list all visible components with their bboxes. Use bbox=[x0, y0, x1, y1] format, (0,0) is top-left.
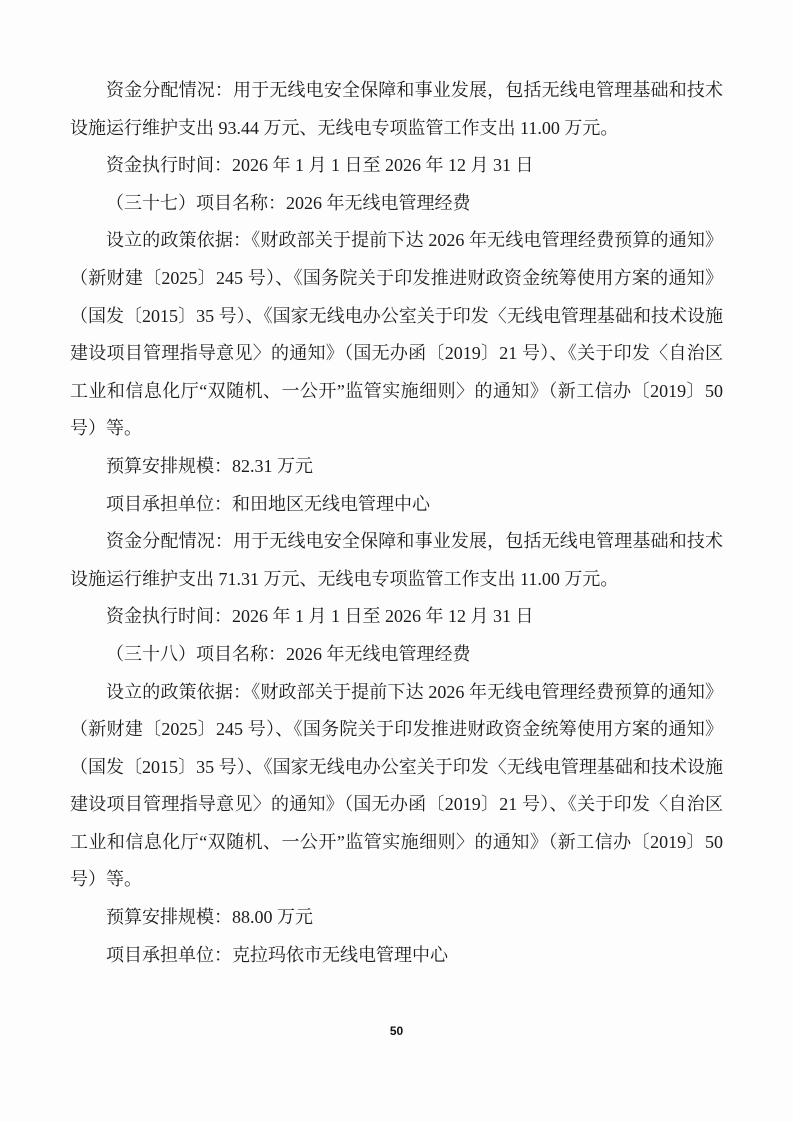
paragraph-budget-scale-37: 预算安排规模：82.31 万元 bbox=[70, 448, 723, 486]
paragraph-policy-basis-37: 设立的政策依据：《财政部关于提前下达 2026 年无线电管理经费预算的通知》（新… bbox=[70, 222, 723, 448]
document-body: 资金分配情况：用于无线电安全保障和事业发展，包括无线电管理基础和技术设施运行维护… bbox=[70, 72, 723, 974]
paragraph-budget-scale-38: 预算安排规模：88.00 万元 bbox=[70, 899, 723, 937]
paragraph-fund-period-36: 资金执行时间：2026 年 1 月 1 日至 2026 年 12 月 31 日 bbox=[70, 147, 723, 185]
paragraph-project-name-38: （三十八）项目名称：2026 年无线电管理经费 bbox=[70, 636, 723, 674]
paragraph-policy-basis-38: 设立的政策依据：《财政部关于提前下达 2026 年无线电管理经费预算的通知》（新… bbox=[70, 674, 723, 900]
document-page: 资金分配情况：用于无线电安全保障和事业发展，包括无线电管理基础和技术设施运行维护… bbox=[0, 0, 793, 1122]
paragraph-fund-period-37: 资金执行时间：2026 年 1 月 1 日至 2026 年 12 月 31 日 bbox=[70, 598, 723, 636]
paragraph-fund-allocation-36: 资金分配情况：用于无线电安全保障和事业发展，包括无线电管理基础和技术设施运行维护… bbox=[70, 72, 723, 147]
paragraph-undertaking-unit-37: 项目承担单位：和田地区无线电管理中心 bbox=[70, 486, 723, 524]
page-number: 50 bbox=[0, 1024, 793, 1038]
paragraph-project-name-37: （三十七）项目名称：2026 年无线电管理经费 bbox=[70, 185, 723, 223]
paragraph-undertaking-unit-38: 项目承担单位：克拉玛依市无线电管理中心 bbox=[70, 937, 723, 975]
paragraph-fund-allocation-37: 资金分配情况：用于无线电安全保障和事业发展，包括无线电管理基础和技术设施运行维护… bbox=[70, 523, 723, 598]
